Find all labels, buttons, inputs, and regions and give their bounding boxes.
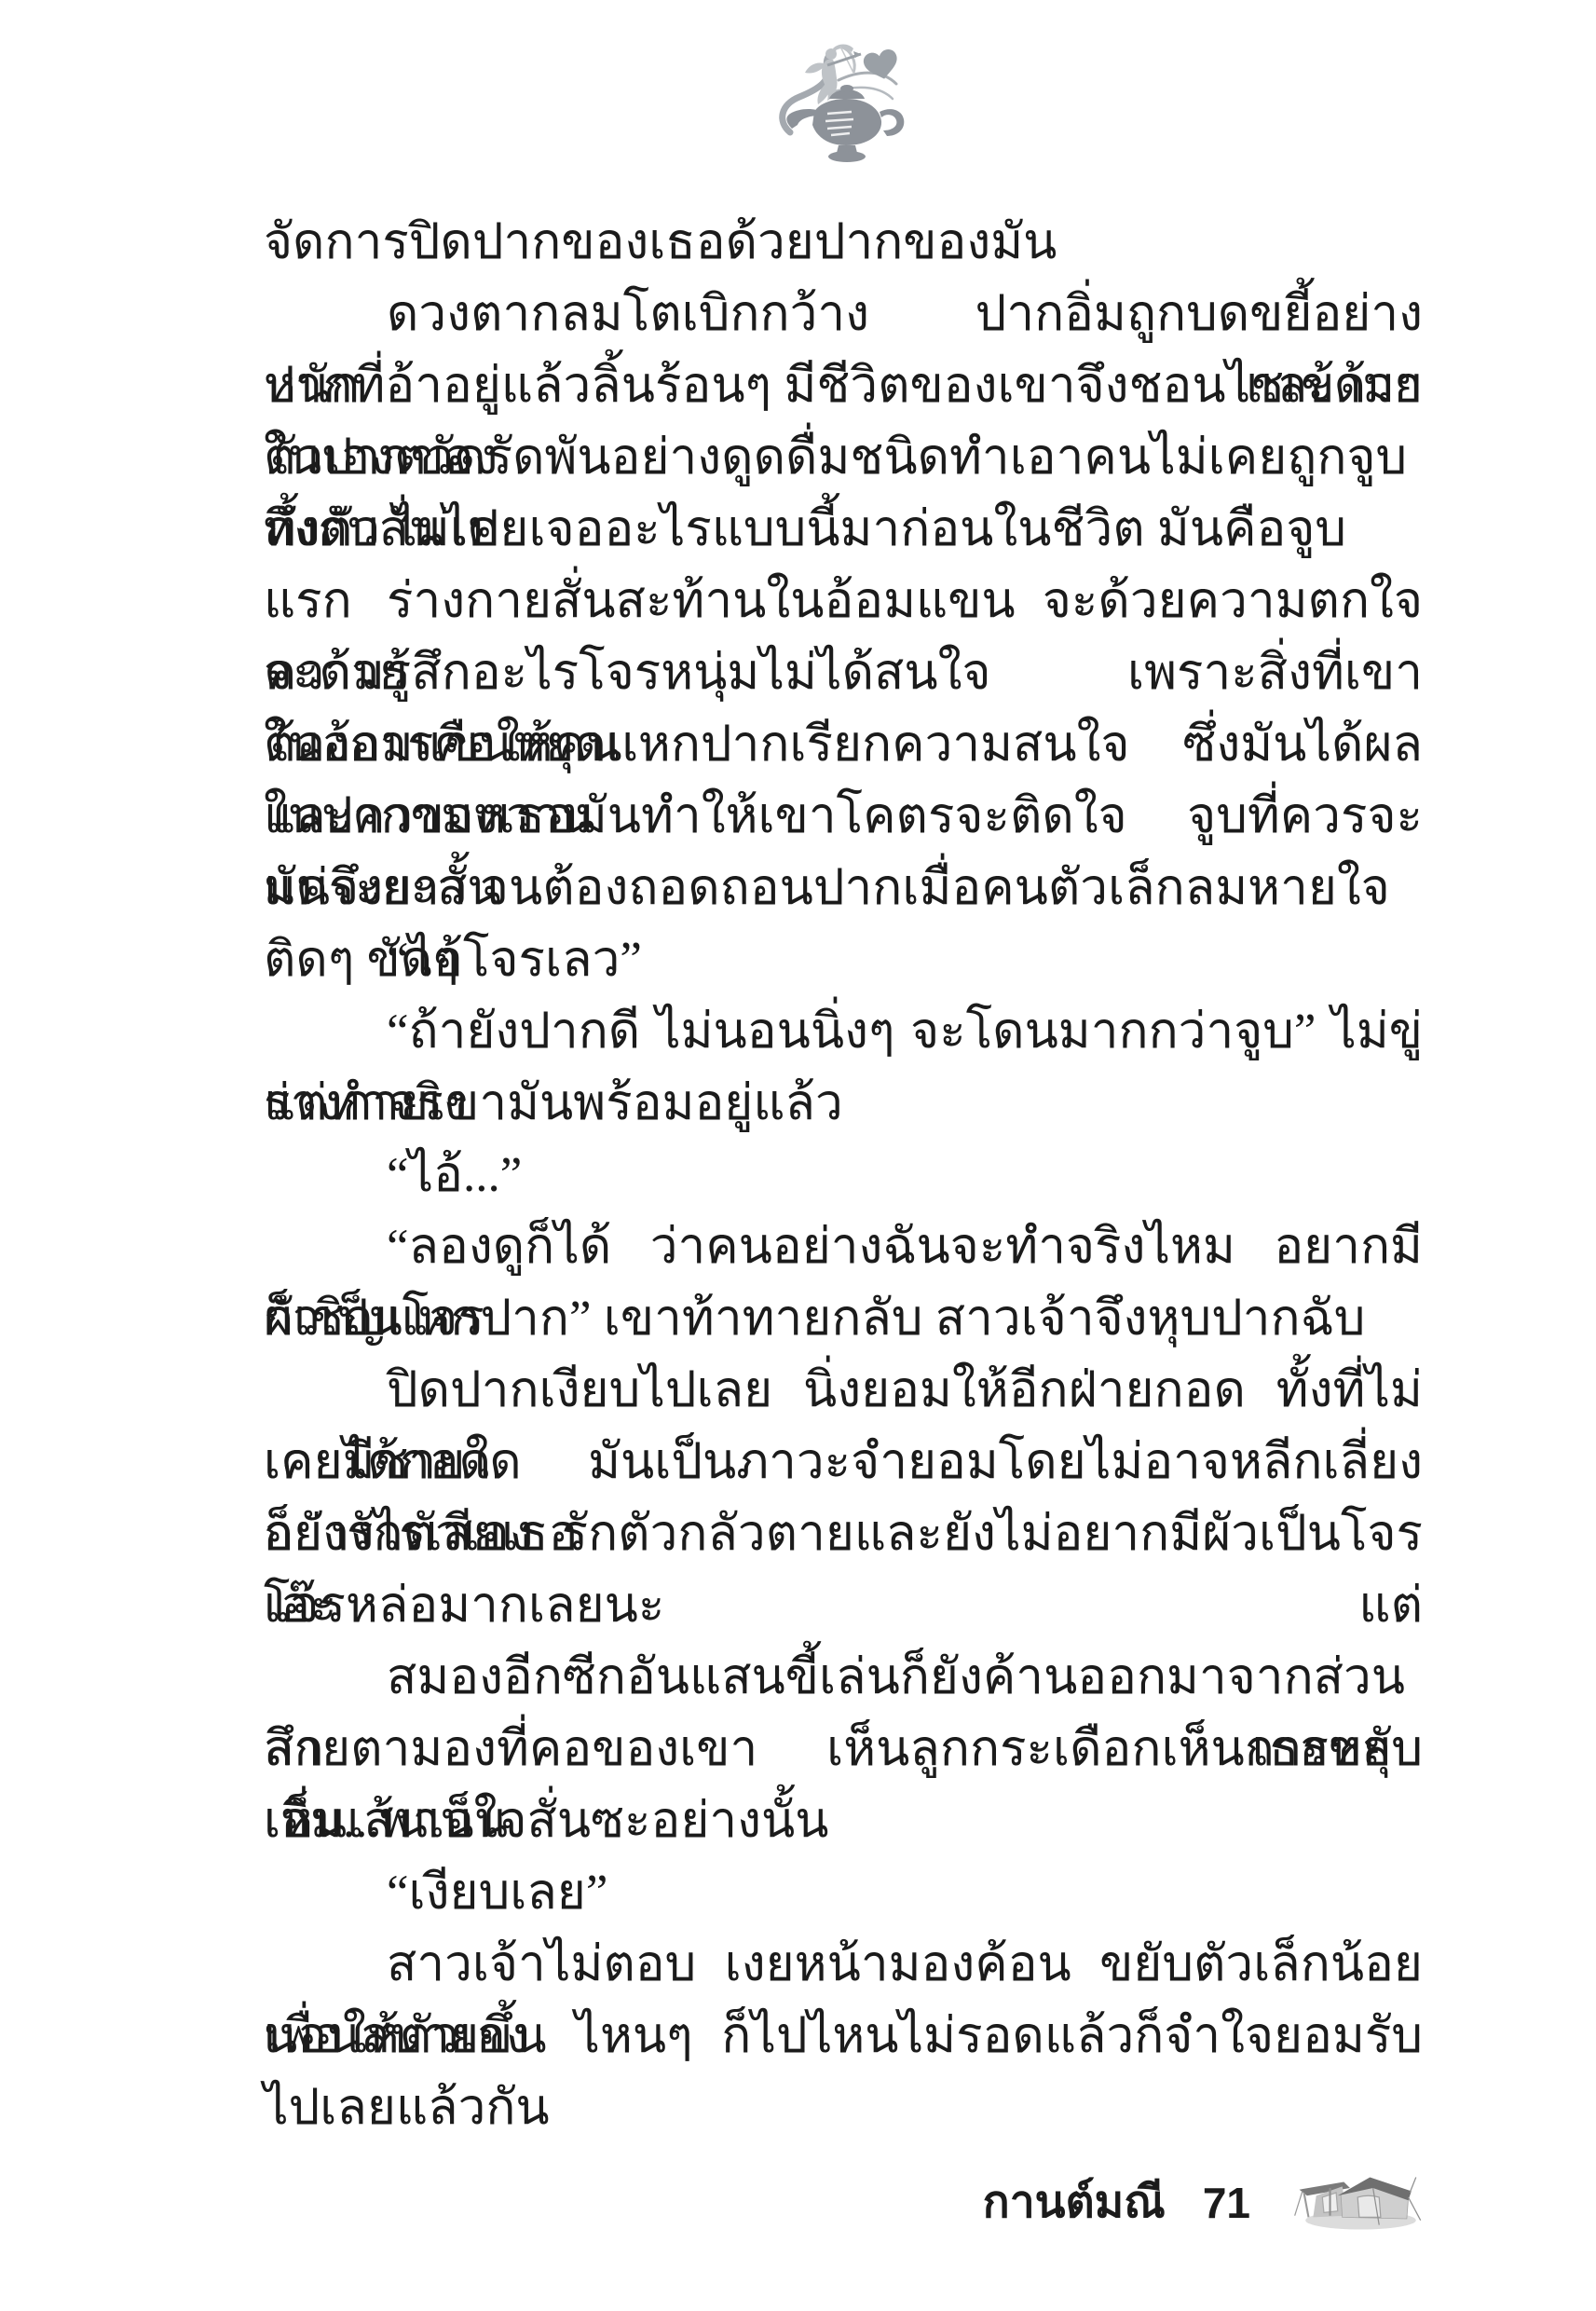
cupid-genie-lamp-icon bbox=[773, 39, 913, 179]
text-line: ปากที่อ้าอยู่แล้วลิ้นร้อนๆ มีชีวิตของเขา… bbox=[264, 350, 1423, 422]
text-line: ก็ยังรักตัวเอง รักตัวกลัวตายและยังไม่อยา… bbox=[264, 1498, 1423, 1570]
text-line: ทั้งตัว ไม่เคยเจออะไรแบบนี้มาก่อนในชีวิต… bbox=[264, 494, 1423, 566]
text-line: ความรู้สึกอะไรโจรหนุ่มไม่ได้สนใจ เพราะสิ… bbox=[264, 637, 1423, 709]
text-line: สาวเจ้าไม่ตอบ เงยหน้ามองค้อน ขยับตัวเล็ก… bbox=[264, 1929, 1423, 2001]
text-line: ตัวเองตวัดรัดพันอย่างดูดดื่มชนิดทำเอาคนไ… bbox=[264, 422, 1423, 494]
book-title: กานต์มณี bbox=[983, 2166, 1166, 2240]
text-line: มันจึงยาว จนต้องถอดถอนปากเมื่อคนตัวเล็กล… bbox=[264, 853, 1423, 924]
text-line: สายตามองที่คอของเขา เห็นลูกกระเดือกเห็นก… bbox=[264, 1714, 1423, 1785]
text-line: ในอ้อมแขนหยุดแหกปากเรียกความสนใจ ซึ่งมัน… bbox=[264, 709, 1423, 781]
page-number: 71 bbox=[1203, 2166, 1250, 2240]
page-text: จัดการปิดปากของเธอด้วยปากของมันดวงตากลมโ… bbox=[264, 207, 1423, 2072]
text-line: เอิ่ม...พานใจสั่นซะอย่างนั้น bbox=[264, 1785, 1423, 1857]
text-line: ร่างกายสั่นสะท้านในอ้อมแขน จะด้วยความตกใ… bbox=[264, 566, 1423, 637]
tent-icon bbox=[1293, 2160, 1424, 2238]
text-line: ร่างกายเขามันพร้อมอยู่แล้ว bbox=[264, 1068, 1423, 1140]
text-line: ดวงตากลมโตเบิกกว้าง ปากอิ่มถูกบดขยี้อย่า… bbox=[264, 279, 1423, 350]
page-footer: กานต์มณี 71 bbox=[0, 2160, 1596, 2240]
text-line: “ไอ้...” bbox=[264, 1140, 1423, 1211]
text-line: นอนสบายขึ้น ไหนๆ ก็ไปไหนไม่รอดแล้วก็จำใจ… bbox=[264, 2001, 1423, 2072]
text-line: จัดการปิดปากของเธอด้วยปากของมัน bbox=[264, 207, 1423, 279]
text-line: ก็เชิญแหกปาก” เขาท้าทายกลับ สาวเจ้าจึงหุ… bbox=[264, 1283, 1423, 1355]
text-line: “ไอ้โจรเลว” bbox=[264, 924, 1423, 996]
text-line: สมองอีกซีกอันแสนขี้เล่นก็ยังค้านออกมาจาก… bbox=[264, 1642, 1423, 1714]
cupid-genie-lamp-ornament bbox=[773, 39, 913, 179]
text-line: “ถ้ายังปากดี ไม่นอนนิ่งๆ จะโดนมากกว่าจูบ… bbox=[264, 996, 1423, 1068]
text-line: “ลองดูก็ได้ ว่าคนอย่างฉันจะทำจริงไหม อยา… bbox=[264, 1211, 1423, 1283]
text-line: เคยได้กอด มันเป็นภาวะจำยอมโดยไม่อาจหลีกเ… bbox=[264, 1427, 1423, 1498]
text-line: ในปากของเธอมันทำให้เขาโคตรจะติดใจ จูบที่… bbox=[264, 781, 1423, 853]
text-line: ปิดปากเงียบไปเลย นิ่งยอมให้อีกฝ่ายกอด ทั… bbox=[264, 1355, 1423, 1427]
text-line: “เงียบเลย” bbox=[264, 1857, 1423, 1929]
